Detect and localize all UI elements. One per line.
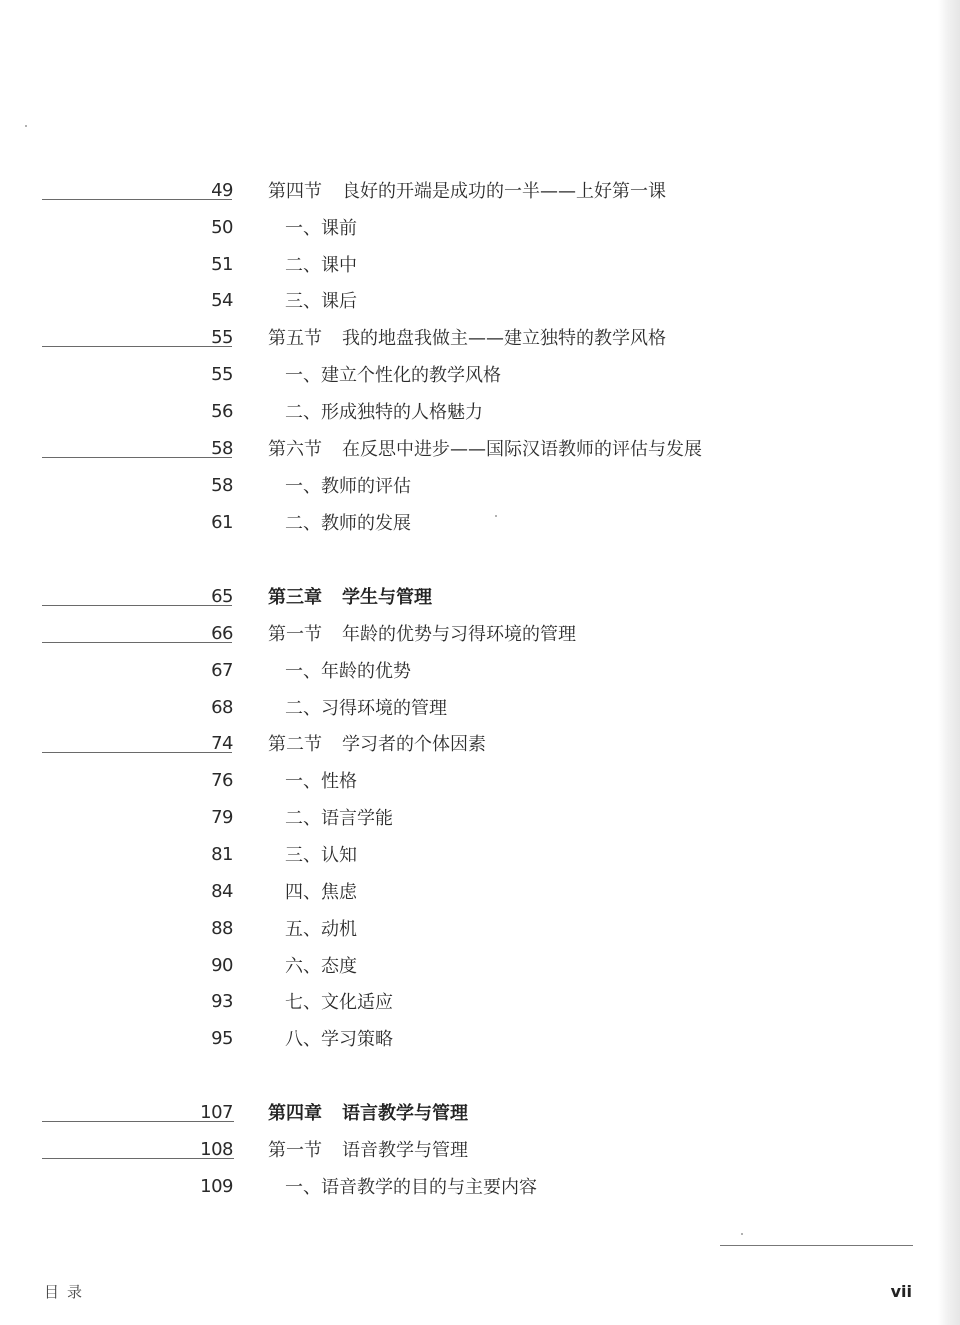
entry-title-text: 二、形成独特的人格魅力	[285, 398, 483, 424]
entry-title-text: 二、语言学能	[285, 804, 393, 830]
entry-title-text: 语言教学与管理	[342, 1103, 468, 1124]
page-number: 66	[211, 623, 233, 644]
page-number: 55	[211, 327, 233, 348]
toc-entry-item[interactable]: 95 八、学习策略	[0, 1020, 960, 1057]
page-number: 107	[200, 1102, 233, 1123]
scan-speck	[741, 1233, 743, 1235]
leader-rule	[42, 457, 232, 458]
toc-entry-section[interactable]: 49 第四节良好的开端是成功的一半——上好第一课	[0, 172, 960, 209]
entry-title-text: 一、建立个性化的教学风格	[285, 361, 501, 387]
toc-entry-item[interactable]: 79 二、语言学能	[0, 799, 960, 836]
page-number: 61	[211, 512, 233, 533]
entry-title-text: 良好的开端是成功的一半——上好第一课	[342, 181, 666, 202]
entry-title: 第五节我的地盘我做主——建立独特的教学风格	[268, 324, 666, 350]
entry-label: 第四节	[268, 177, 322, 203]
page-number-footer: vii	[891, 1282, 912, 1301]
toc-entry-item[interactable]: 109 一、语音教学的目的与主要内容	[0, 1168, 960, 1205]
entry-title-text: 在反思中进步——国际汉语教师的评估与发展	[342, 439, 702, 460]
page-number: 54	[211, 290, 233, 311]
entry-title: 第三章学生与管理	[268, 583, 432, 609]
entry-title-text: 四、焦虑	[285, 878, 357, 904]
entry-title-text: 八、学习策略	[285, 1025, 393, 1051]
entry-title-text: 三、课后	[285, 287, 357, 313]
entry-title-text: 七、文化适应	[285, 988, 393, 1014]
entry-title-text: 二、习得环境的管理	[285, 694, 447, 720]
leader-rule	[42, 752, 232, 753]
leader-rule	[42, 642, 232, 643]
entry-title-text: 一、课前	[285, 214, 357, 240]
entry-label: 第五节	[268, 324, 322, 350]
toc-entry-section[interactable]: 58 第六节在反思中进步——国际汉语教师的评估与发展	[0, 430, 960, 467]
toc-entry-section[interactable]: 74 第二节学习者的个体因素	[0, 725, 960, 762]
toc-entry-section[interactable]: 108 第一节语音教学与管理	[0, 1131, 960, 1168]
page-number: 93	[211, 991, 233, 1012]
entry-title: 第二节学习者的个体因素	[268, 730, 486, 756]
entry-title-text: 二、教师的发展	[285, 509, 411, 535]
page-number: 55	[211, 364, 233, 385]
entry-title-text: 语音教学与管理	[342, 1140, 468, 1161]
entry-title-text: 一、语音教学的目的与主要内容	[285, 1173, 537, 1199]
toc-entry-item[interactable]: 50 一、课前	[0, 209, 960, 246]
page-number: 74	[211, 733, 233, 754]
toc-entry-item[interactable]: 88 五、动机	[0, 910, 960, 947]
entry-title-text: 一、教师的评估	[285, 472, 411, 498]
toc-entry-item[interactable]: 90 六、态度	[0, 947, 960, 984]
page-number: 67	[211, 660, 233, 681]
entry-title-text: 学生与管理	[342, 587, 432, 608]
page-number: 65	[211, 586, 233, 607]
toc-entry-chapter[interactable]: 65 第三章学生与管理	[0, 578, 960, 615]
entry-title: 第六节在反思中进步——国际汉语教师的评估与发展	[268, 435, 702, 461]
toc-entry-item[interactable]: 55 一、建立个性化的教学风格	[0, 356, 960, 393]
page-number: 58	[211, 475, 233, 496]
leader-rule	[42, 199, 232, 200]
entry-title-text: 三、认知	[285, 841, 357, 867]
page-number: 58	[211, 438, 233, 459]
running-footer-section: 目录	[44, 1281, 90, 1302]
toc-entry-item[interactable]: 51 二、课中	[0, 246, 960, 283]
page-number: 51	[211, 254, 233, 275]
toc-entry-item[interactable]: 56 二、形成独特的人格魅力	[0, 393, 960, 430]
leader-rule	[42, 605, 232, 606]
entry-label: 第四章	[268, 1099, 322, 1125]
leader-rule	[42, 346, 232, 347]
page-number: 56	[211, 401, 233, 422]
entry-title-text: 六、态度	[285, 952, 357, 978]
page-number: 84	[211, 881, 233, 902]
entry-label: 第一节	[268, 1136, 322, 1162]
entry-label: 第二节	[268, 730, 322, 756]
toc-entry-item[interactable]: 93 七、文化适应	[0, 983, 960, 1020]
entry-title: 第一节语音教学与管理	[268, 1136, 468, 1162]
page-number: 88	[211, 918, 233, 939]
toc-entry-item[interactable]: 61 二、教师的发展	[0, 504, 960, 541]
footer-rule	[720, 1245, 913, 1246]
toc-entry-item[interactable]: 67 一、年龄的优势	[0, 652, 960, 689]
toc-entry-section[interactable]: 66 第一节年龄的优势与习得环境的管理	[0, 615, 960, 652]
toc-entry-item[interactable]: 81 三、认知	[0, 836, 960, 873]
page-number: 81	[211, 844, 233, 865]
toc-entry-item[interactable]: 58 一、教师的评估	[0, 467, 960, 504]
entry-title-text: 五、动机	[285, 915, 357, 941]
toc-entry-item[interactable]: 76 一、性格	[0, 762, 960, 799]
page-number: 95	[211, 1028, 233, 1049]
entry-title: 第四章语言教学与管理	[268, 1099, 468, 1125]
entry-title: 第一节年龄的优势与习得环境的管理	[268, 620, 576, 646]
toc-entry-section[interactable]: 55 第五节我的地盘我做主——建立独特的教学风格	[0, 319, 960, 356]
toc-entry-item[interactable]: 54 三、课后	[0, 282, 960, 319]
page-number: 109	[200, 1176, 233, 1197]
entry-title: 第四节良好的开端是成功的一半——上好第一课	[268, 177, 666, 203]
page-number: 50	[211, 217, 233, 238]
entry-title-text: 年龄的优势与习得环境的管理	[342, 624, 576, 645]
entry-title-text: 我的地盘我做主——建立独特的教学风格	[342, 328, 666, 349]
page-number: 108	[200, 1139, 233, 1160]
toc-entry-item[interactable]: 68 二、习得环境的管理	[0, 689, 960, 726]
entry-label: 第六节	[268, 435, 322, 461]
entry-title-text: 一、性格	[285, 767, 357, 793]
page-number: 76	[211, 770, 233, 791]
entry-label: 第一节	[268, 620, 322, 646]
scan-speck	[25, 125, 27, 127]
entry-title-text: 一、年龄的优势	[285, 657, 411, 683]
entry-title-text: 学习者的个体因素	[342, 734, 486, 755]
page-number: 49	[211, 180, 233, 201]
page-number: 68	[211, 697, 233, 718]
toc-entry-item[interactable]: 84 四、焦虑	[0, 873, 960, 910]
entry-title-text: 二、课中	[285, 251, 357, 277]
scan-speck	[495, 515, 497, 517]
page-number: 79	[211, 807, 233, 828]
page-number: 90	[211, 955, 233, 976]
entry-label: 第三章	[268, 583, 322, 609]
toc-entry-chapter[interactable]: 107 第四章语言教学与管理	[0, 1094, 960, 1131]
